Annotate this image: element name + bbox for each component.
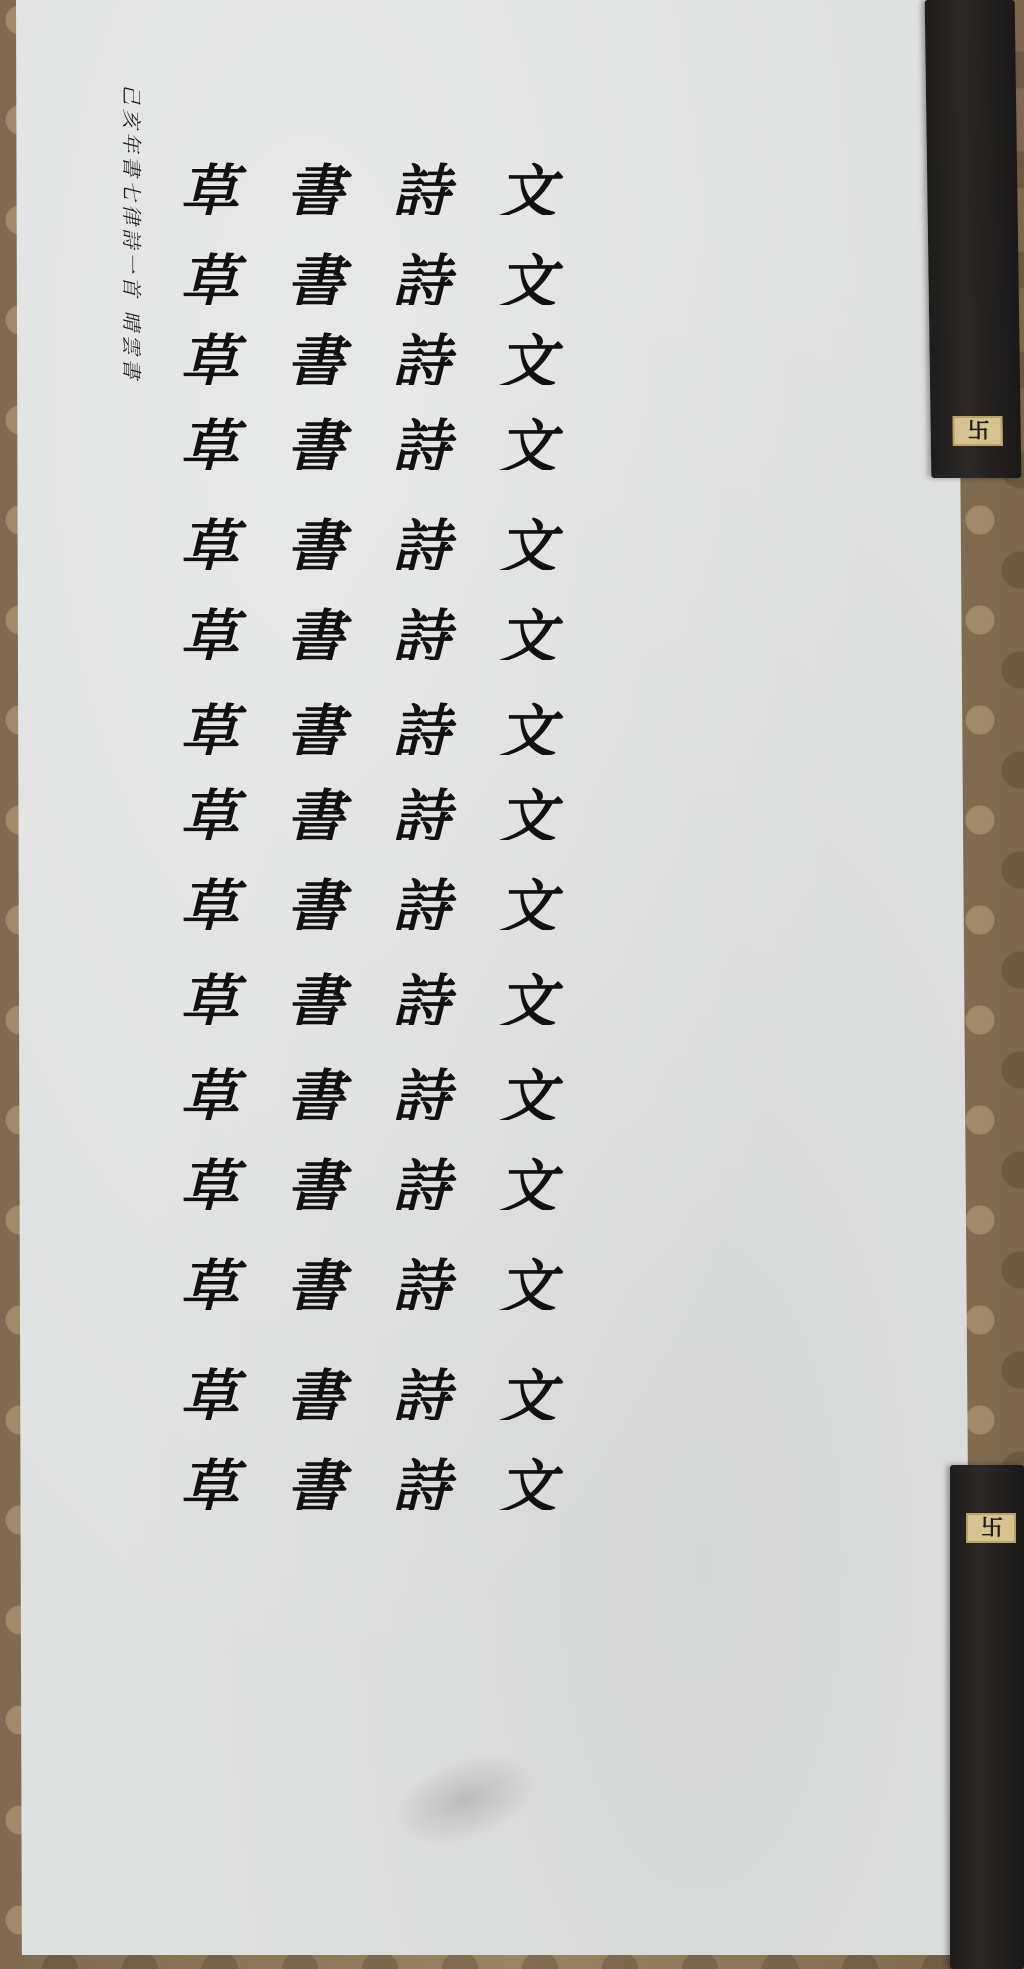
inscription-text: 己亥年書七律詩一首 晴雲書 xyxy=(119,84,148,382)
calligraphy-column: 草書詩文 xyxy=(180,685,720,755)
calligraphy-column: 草書詩文 xyxy=(180,1350,720,1420)
calligraphy-column: 草書詩文 xyxy=(180,400,720,470)
calligraphy-column: 草書詩文 xyxy=(180,235,720,305)
signature-inscription: 己亥年書七律詩一首 晴雲書 xyxy=(108,78,158,388)
calligraphy-column: 草書詩文 xyxy=(180,500,720,570)
paperweight-bottom: 卐 xyxy=(950,1465,1024,1969)
calligraphy-column: 草書詩文 xyxy=(180,860,720,930)
calligraphy-column: 草書詩文 xyxy=(180,1140,720,1210)
calligraphy-column: 草書詩文 xyxy=(180,955,720,1025)
calligraphy-column: 草書詩文 xyxy=(180,590,720,660)
calligraphy-column: 草書詩文 xyxy=(180,1440,720,1510)
fret-emblem-icon: 卐 xyxy=(966,1513,1016,1543)
fret-emblem-icon: 卐 xyxy=(952,416,1002,446)
calligraphy-column: 草書詩文 xyxy=(180,770,720,840)
paperweight-top: 卐 xyxy=(925,0,1022,478)
calligraphy-column: 草書詩文 xyxy=(180,1240,720,1310)
calligraphy-column: 草書詩文 xyxy=(180,1050,720,1120)
calligraphy-column: 草書詩文 xyxy=(180,145,720,215)
calligraphy-column: 草書詩文 xyxy=(180,315,720,385)
